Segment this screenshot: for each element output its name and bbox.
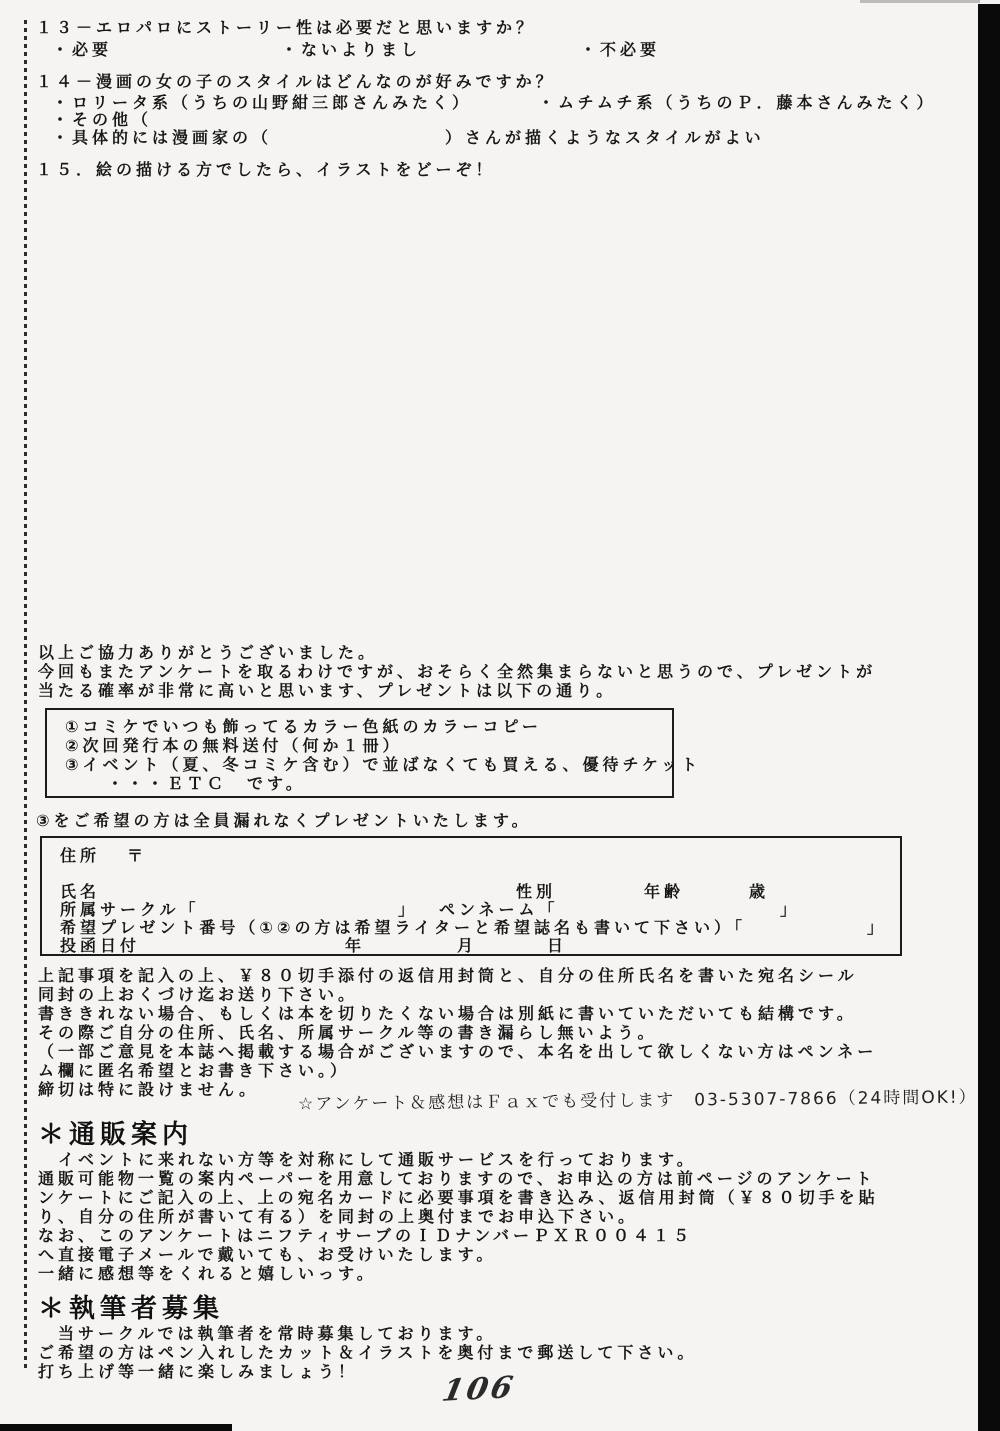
form-circle-close: 」 (398, 900, 418, 919)
prize-item-1: ①コミケでいつも飾ってるカラー色紙のカラーコピー (65, 717, 701, 736)
prize-note: ③をご希望の方は全員漏れなくプレゼントいたします。 (36, 811, 532, 830)
form-month-label: 月 (457, 936, 477, 955)
question-13-title: １３－エロパロにストーリー性は必要だと思いますか？ (36, 18, 536, 37)
paragraph-line: 今回もまたアンケートを取るわけですが、おそらく全然集まらないと思うので、プレゼン… (38, 662, 876, 681)
form-gender-label: 性別 (516, 882, 556, 901)
mail-order-heading: ＊通販案内 (38, 1114, 193, 1151)
form-postal-mark: 〒 (127, 846, 147, 865)
prize-item-2: ②次回発行本の無料送付（何か１冊） (65, 736, 701, 755)
form-year-label: 年 (345, 936, 365, 955)
paragraph-line: ンケートにご記入の上、上の宛名カードに必要事項を書き込み、返信用封筒（￥８０切手… (38, 1188, 879, 1207)
scan-right-black-band (978, 4, 1000, 1431)
form-address-label: 住所 (60, 846, 100, 865)
paragraph-line: その際ご自分の住所、氏名、所属サークル等の書き漏らし無いよう。 (38, 1023, 877, 1042)
writers-recruit-paragraph: 当サークルでは執筆者を常時募集しております。 ご希望の方はペン入れしたカット＆イ… (38, 1324, 697, 1381)
form-day-label: 日 (547, 936, 567, 955)
entry-form-box: 住所 〒 氏名 性別 年齢 歳 所属サークル「 」 ペンネーム「 」 希望プレゼ… (40, 836, 902, 956)
q13-option-unnecessary: ・不必要 (580, 40, 660, 59)
writers-recruit-heading: ＊執筆者募集 (38, 1288, 224, 1325)
paragraph-line: 通販可能物一覧の案内ペーパーを用意しておりますので、お申込の方は前ページのアンケ… (38, 1169, 879, 1188)
paragraph-line: 打ち上げ等一緒に楽しみましょう！ (38, 1362, 697, 1381)
prize-list-box: ①コミケでいつも飾ってるカラー色紙のカラーコピー ②次回発行本の無料送付（何か１… (45, 708, 674, 798)
paragraph-line: なお、このアンケートはニフティサーブのＩＤナンバーＰＸＲ００４１５ (38, 1226, 879, 1245)
paragraph-line: 書ききれない場合、もしくは本を切りたくない場合は別紙に書いていただいても結構です… (38, 1004, 877, 1023)
prize-item-etc: ・・・ＥＴＣ です。 (65, 774, 701, 793)
left-margin-dashed-line (24, 20, 27, 1372)
paragraph-line: 当たる確率が非常に高いと思います、プレゼントは以下の通り。 (38, 681, 876, 700)
paragraph-line: 同封の上おくづけ迄お送り下さい。 (38, 985, 877, 1004)
paragraph-line: 一緒に感想等をくれると嬉しいっす。 (38, 1264, 879, 1283)
page-number: 106 (439, 1370, 518, 1409)
form-age-label: 年齢 (644, 882, 684, 901)
paragraph-line: （一部ご意見を本誌へ掲載する場合がございますので、本名を出して欲しくない方はペン… (38, 1042, 877, 1061)
form-penname-close: 」 (780, 900, 800, 919)
scan-bottom-black-bar (0, 1424, 232, 1431)
paragraph-line: ご希望の方はペン入れしたカット＆イラストを奥付まで郵送して下さい。 (38, 1343, 697, 1362)
q14-option-other: ・その他（ (52, 110, 152, 129)
scan-top-smudge (860, 0, 980, 3)
paragraph-line: 当サークルでは執筆者を常時募集しております。 (38, 1324, 697, 1343)
q14-option-artist-close: ）さんが描くようなスタイルがよい (445, 128, 765, 147)
q13-option-better-than-none: ・ないよりまし (281, 40, 421, 59)
form-prize-request-close: 」 (867, 918, 887, 937)
form-date-label: 投函日付 (60, 936, 140, 955)
q14-option-muchimuchi: ・ムチムチ系（うちのＰ．藤本さんみたく） (538, 93, 937, 112)
form-age-suffix: 歳 (749, 882, 769, 901)
paragraph-line: 上記事項を記入の上、￥８０切手添付の返信用封筒と、自分の住所氏名を書いた宛名シー… (38, 966, 877, 985)
thanks-paragraph: 以上ご協力ありがとうございました。 今回もまたアンケートを取るわけですが、おそら… (38, 643, 876, 700)
form-circle-label: 所属サークル「 (60, 900, 200, 919)
mailing-instructions: 上記事項を記入の上、￥８０切手添付の返信用封筒と、自分の住所氏名を書いた宛名シー… (38, 966, 877, 1099)
prize-list: ①コミケでいつも飾ってるカラー色紙のカラーコピー ②次回発行本の無料送付（何か１… (65, 717, 701, 793)
paragraph-line: 以上ご協力ありがとうございました。 (38, 643, 876, 662)
paragraph-line: り、自分の住所が書いて有る）を同封の上奥付までお申込下さい。 (38, 1207, 879, 1226)
form-penname-label: ペンネーム「 (439, 900, 559, 919)
paragraph-line: へ直接電子メールで戴いても、お受けいたします。 (38, 1245, 879, 1264)
form-name-label: 氏名 (60, 882, 100, 901)
mail-order-paragraph: イベントに来れない方等を対称にして通販サービスを行っております。 通販可能物一覧… (38, 1150, 879, 1283)
q14-option-artist-open: ・具体的には漫画家の（ (52, 128, 272, 147)
paragraph-line: イベントに来れない方等を対称にして通販サービスを行っております。 (38, 1150, 879, 1169)
q13-option-necessary: ・必要 (52, 40, 112, 59)
scanned-survey-page: １３－エロパロにストーリー性は必要だと思いますか？ ・必要 ・ないよりまし ・不… (0, 0, 1000, 1431)
question-14-title: １４－漫画の女の子のスタイルはどんなのが好みですか？ (36, 72, 556, 91)
form-prize-request-label: 希望プレゼント番号（①②の方は希望ライターと希望誌名も書いて下さい）「 (60, 918, 746, 937)
question-15-title: １５．絵の描ける方でしたら、イラストをどーぞ！ (36, 160, 496, 179)
paragraph-line: ム欄に匿名希望とお書き下さい。） (38, 1061, 877, 1080)
prize-item-3: ③イベント（夏、冬コミケ含む）で並ばなくても買える、優待チケット (65, 755, 701, 774)
